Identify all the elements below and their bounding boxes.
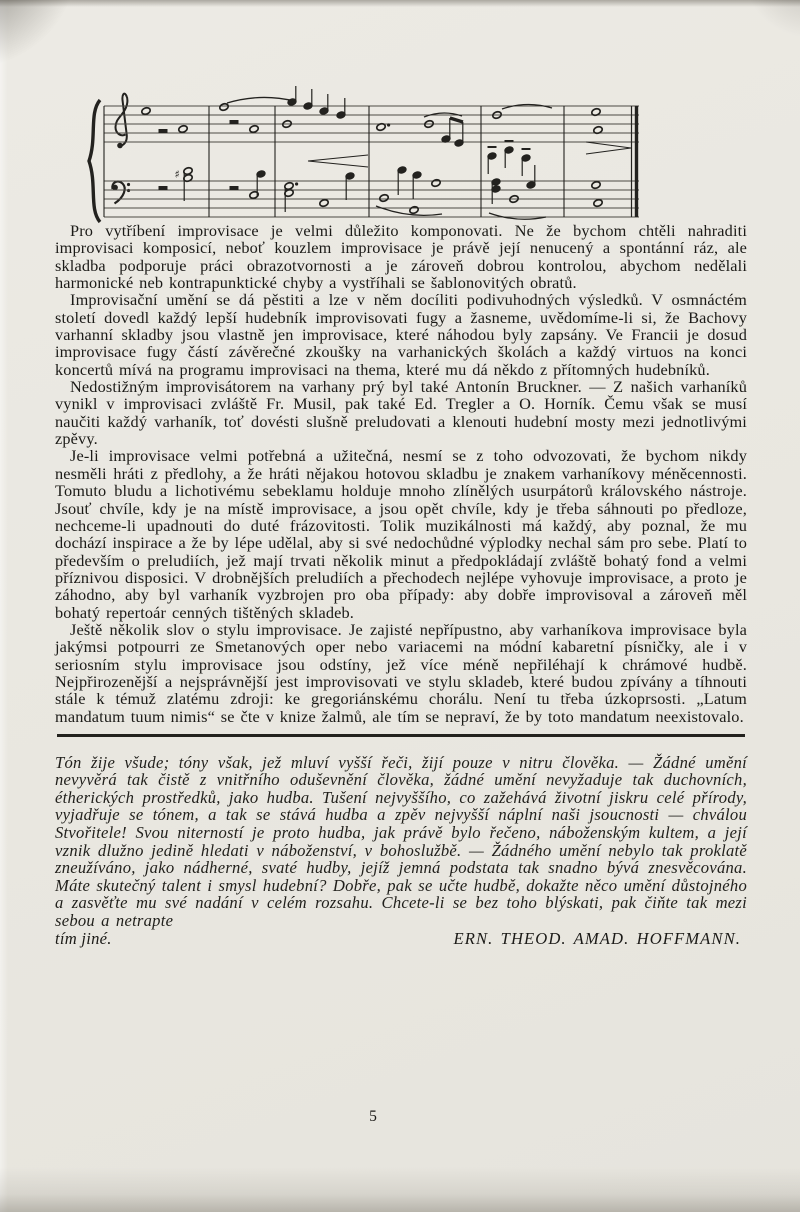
staff-brace bbox=[89, 100, 100, 222]
section-divider bbox=[57, 734, 745, 737]
article-body: Pro vytříbení improvisace je velmi důlež… bbox=[55, 222, 747, 947]
quote-attribution: ERN. THEOD. AMAD. HOFFMANN. bbox=[453, 930, 747, 948]
quote-footer: tím jiné. ERN. THEOD. AMAD. HOFFMANN. bbox=[55, 930, 747, 948]
body-paragraph: Pro vytříbení improvisace je velmi důlež… bbox=[55, 222, 747, 291]
svg-text:♯: ♯ bbox=[174, 168, 179, 181]
quote-closing: tím jiné. bbox=[55, 930, 112, 948]
quote-text: Tón žije všude; tóny však, jež mluví vyš… bbox=[55, 754, 747, 930]
quote-block: Tón žije všude; tóny však, jež mluví vyš… bbox=[55, 754, 747, 948]
scanned-book-page: ♯ Pro vytříbení improvisace je velmi důl… bbox=[0, 0, 800, 1212]
body-paragraph: Ještě několik slov o stylu improvisace. … bbox=[55, 621, 747, 725]
music-notation: ♯ bbox=[84, 86, 654, 236]
page-number: 5 bbox=[0, 1108, 773, 1126]
treble-clef-icon bbox=[116, 94, 128, 149]
music-staff-svg: ♯ bbox=[84, 86, 654, 236]
body-paragraph: Je-li improvisace velmi potřebná a užite… bbox=[55, 447, 747, 620]
body-paragraph: Improvisační umění se dá pěstiti a lze v… bbox=[55, 291, 747, 378]
bass-clef-icon bbox=[112, 181, 130, 203]
body-paragraph: Nedostižným improvisátorem na varhany pr… bbox=[55, 378, 747, 447]
